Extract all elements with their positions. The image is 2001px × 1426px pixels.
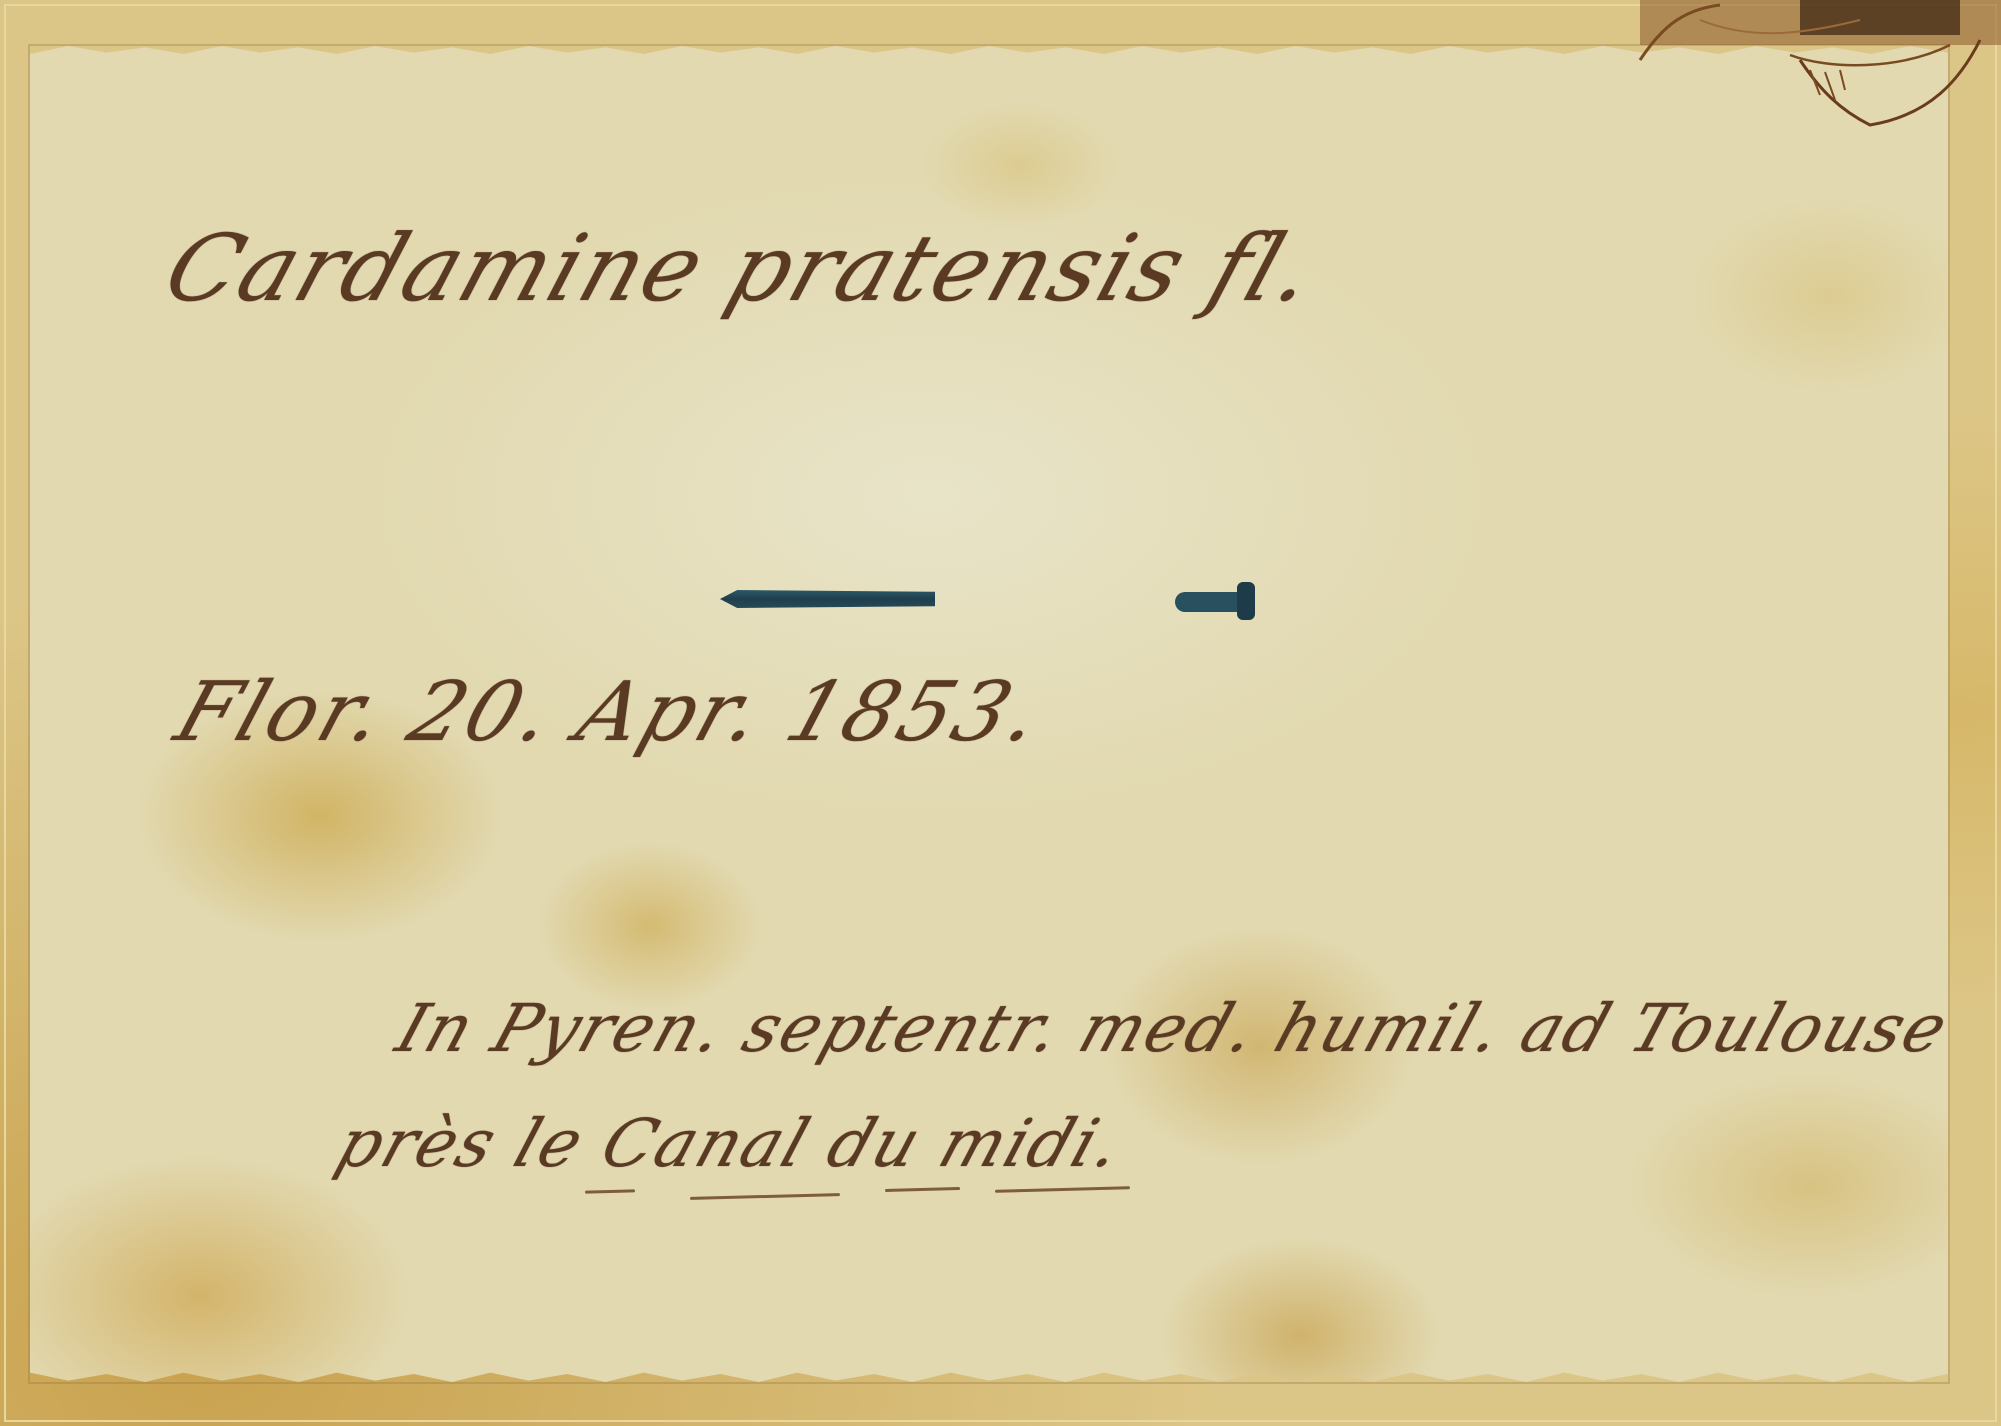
collection-date: Flor. 20. Apr. 1853. xyxy=(165,665,1056,760)
locality-line-2: près le Canal du midi. xyxy=(327,1105,1132,1182)
locality-line-1: In Pyren. septentr. med. humil. ad Toulo… xyxy=(387,990,1958,1067)
pin-head xyxy=(1175,582,1265,620)
root-fibers-icon xyxy=(1600,0,2001,140)
species-name: Cardamine pratensis fl. xyxy=(153,215,1331,322)
pin-stem xyxy=(1175,592,1245,612)
pin-shaft xyxy=(720,590,935,608)
pin-cap xyxy=(1237,582,1255,620)
